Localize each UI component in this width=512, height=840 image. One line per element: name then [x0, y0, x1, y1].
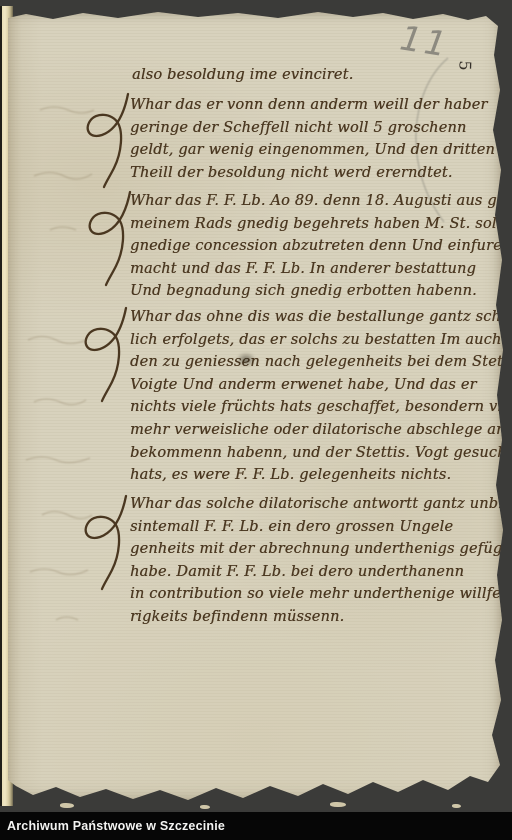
manuscript-line: den zu geniessen nach gelegenheits bei d… — [130, 351, 512, 374]
manuscript-line: in contribution so viele mehr undertheni… — [130, 583, 512, 606]
verso-showthrough-marks — [20, 80, 120, 260]
manuscript-line: genheits mit der abrechnung underthenigs… — [130, 538, 512, 561]
manuscript-line: nichts viele früchts hats geschaffet, be… — [130, 396, 512, 419]
manuscript-page: 11 5 also besoldung ime evinciret. Whar … — [8, 10, 504, 802]
manuscript-line: Whar das er vonn denn anderm weill der h… — [130, 94, 512, 117]
photo-stage: 11 5 also besoldung ime evinciret. Whar … — [0, 0, 512, 840]
ink-blot — [236, 352, 256, 367]
manuscript-line: macht und das F. F. Lb. In anderer besta… — [130, 258, 512, 281]
manuscript-paragraph: Whar das er vonn denn anderm weill der h… — [130, 94, 512, 184]
manuscript-paragraph: Whar das ohne dis was die bestallunge ga… — [130, 306, 512, 487]
archive-name-label: Archiwum Państwowe w Szczecinie — [7, 819, 225, 833]
manuscript-line: mehr verweisliche oder dilatorische absc… — [130, 419, 512, 442]
manuscript-line: rigkeits befindenn müssenn. — [130, 606, 512, 629]
manuscript-line: gnedige concession abzutreten denn Und e… — [130, 235, 512, 258]
paper-crumbs — [0, 800, 512, 812]
manuscript-line: geringe der Scheffell nicht woll 5 grosc… — [130, 117, 512, 140]
manuscript-line: lich erfolgets, das er solchs zu bestatt… — [130, 329, 512, 352]
manuscript-line: Voigte Und anderm erwenet habe, Und das … — [130, 374, 512, 397]
manuscript-line: bekommenn habenn, und der Stettis. Vogt … — [130, 442, 512, 465]
manuscript-line: Theill der besoldung nicht werd ererndte… — [130, 162, 512, 185]
manuscript-line: habe. Damit F. F. Lb. bei dero underthan… — [130, 561, 512, 584]
manuscript-line: meinem Rads gnedig begehrets haben M. St… — [130, 213, 512, 236]
manuscript-paragraph: Whar das F. F. Lb. Ao 89. denn 18. Augus… — [130, 190, 512, 303]
archive-watermark-bar: Archiwum Państwowe w Szczecinie — [0, 812, 512, 840]
manuscript-line: geldt, gar wenig eingenommen, Und den dr… — [130, 139, 512, 162]
manuscript-opening-line: also besoldung ime evinciret. — [132, 64, 353, 87]
manuscript-line: Und begnadung sich gnedig erbotten haben… — [130, 280, 512, 303]
manuscript-paragraph: Whar das solche dilatorische antwortt ga… — [130, 493, 512, 629]
manuscript-line: Whar das ohne dis was die bestallunge ga… — [130, 306, 512, 329]
manuscript-line: Whar das solche dilatorische antwortt ga… — [130, 493, 512, 516]
manuscript-line: Whar das F. F. Lb. Ao 89. denn 18. Augus… — [130, 190, 512, 213]
verso-showthrough-marks — [16, 310, 126, 640]
manuscript-line: sintemall F. F. Lb. ein dero grossen Ung… — [130, 516, 512, 539]
manuscript-line: hats, es were F. F. Lb. gelegenheits nic… — [130, 464, 512, 487]
